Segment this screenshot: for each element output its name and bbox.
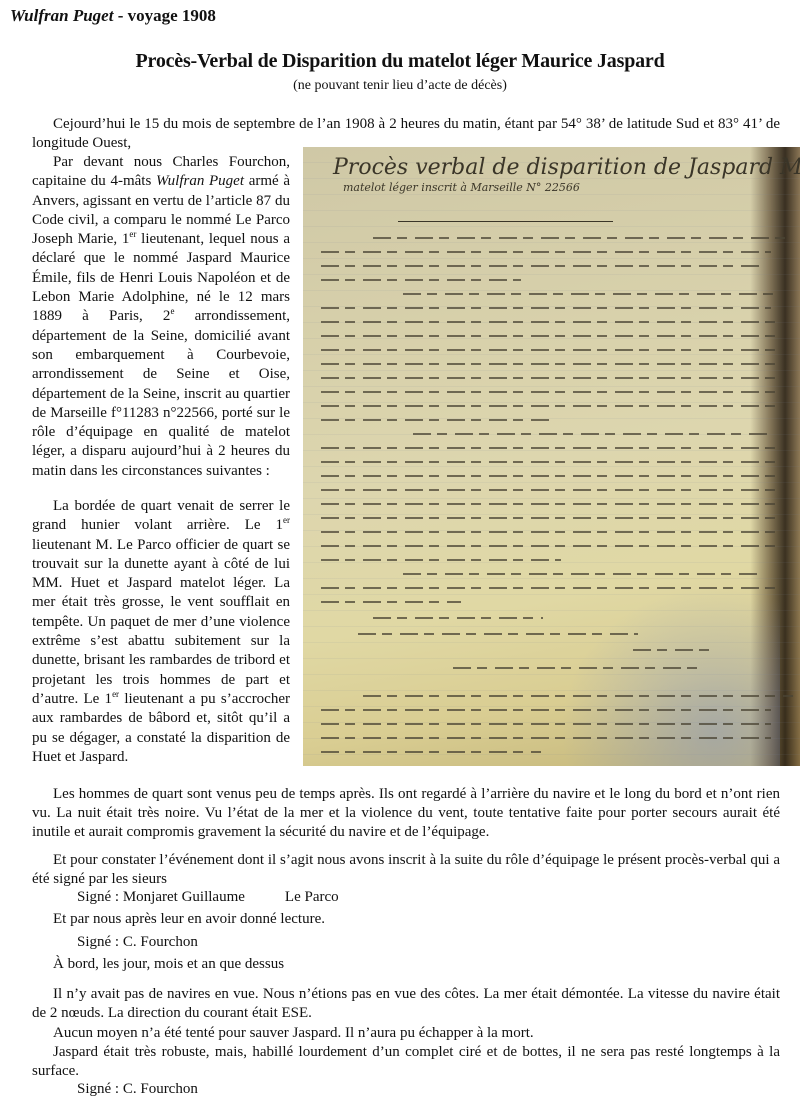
handwriting-line bbox=[321, 531, 776, 533]
circumstances-paragraph: La bordée de quart venait de serrer le g… bbox=[32, 497, 290, 767]
reading-line: Et par nous après leur en avoir donné le… bbox=[53, 911, 325, 928]
signature-monjaret: Monjaret Guillaume bbox=[123, 889, 245, 905]
manuscript-subtitle: matelot léger inscrit à Marseille N° 225… bbox=[343, 181, 580, 194]
handwriting-line bbox=[453, 667, 703, 669]
handwriting-line bbox=[321, 391, 776, 393]
handwriting-line bbox=[321, 307, 771, 309]
handwriting-line bbox=[321, 447, 776, 449]
handwriting-line bbox=[321, 251, 771, 253]
manuscript-rule bbox=[398, 221, 613, 222]
record-paragraph: Et pour constater l’événement dont il s’… bbox=[32, 851, 780, 889]
handwriting-line bbox=[321, 475, 776, 477]
page-header: Wulfran Puget - voyage 1908 bbox=[10, 6, 216, 26]
handwriting-line bbox=[321, 321, 776, 323]
manuscript-photo: Procès verbal de disparition de Jaspard … bbox=[303, 147, 800, 766]
handwriting-line bbox=[413, 433, 773, 435]
signature-mark bbox=[633, 649, 713, 651]
handwriting-line bbox=[321, 349, 776, 351]
signature-le-parco: Le Parco bbox=[285, 889, 339, 905]
aboard-line: À bord, les jour, mois et an que dessus bbox=[53, 956, 284, 973]
handwriting-line bbox=[321, 751, 541, 753]
handwriting-line bbox=[321, 545, 776, 547]
signature-line-captain: Signé : C. Fourchon bbox=[77, 934, 198, 951]
handwriting-line bbox=[403, 573, 763, 575]
handwriting-line bbox=[373, 237, 793, 239]
handwriting-line bbox=[321, 419, 551, 421]
signature-fourchon-final: C. Fourchon bbox=[123, 1081, 198, 1097]
handwriting-line bbox=[321, 559, 561, 561]
ship-name: Wulfran Puget bbox=[10, 6, 113, 25]
handwriting-line bbox=[321, 489, 776, 491]
handwriting-line bbox=[321, 709, 771, 711]
ship-name-inline: Wulfran Puget bbox=[156, 173, 244, 189]
handwriting-line bbox=[321, 279, 521, 281]
voyage-label: - voyage 1908 bbox=[113, 6, 215, 25]
handwriting-line bbox=[321, 265, 761, 267]
handwriting-line bbox=[321, 461, 776, 463]
handwriting-line bbox=[321, 517, 776, 519]
signature-line-final: Signé : C. Fourchon bbox=[77, 1081, 198, 1098]
handwriting-line bbox=[321, 363, 776, 365]
handwriting-line bbox=[321, 737, 771, 739]
handwriting-line bbox=[321, 335, 776, 337]
rescue-paragraph: Aucun moyen n’a été tenté pour sauver Ja… bbox=[32, 1024, 780, 1043]
manuscript-title: Procès verbal de disparition de Jaspard … bbox=[333, 155, 800, 180]
declaration-paragraph: Par devant nous Charles Fourchon, capita… bbox=[32, 153, 290, 481]
handwriting-line bbox=[321, 377, 776, 379]
handwriting-line bbox=[321, 587, 776, 589]
signature-mark bbox=[373, 617, 543, 619]
handwriting-line bbox=[321, 503, 776, 505]
document-title: Procès-Verbal de Disparition du matelot … bbox=[0, 50, 800, 73]
handwriting-line bbox=[358, 633, 638, 635]
handwriting-line bbox=[363, 695, 793, 697]
document-subtitle: (ne pouvant tenir lieu d’acte de décès) bbox=[0, 78, 800, 94]
conditions-paragraph: Il n’y avait pas de navires en vue. Nous… bbox=[32, 985, 780, 1023]
handwriting-line bbox=[321, 405, 776, 407]
search-paragraph: Les hommes de quart sont venus peu de te… bbox=[32, 785, 780, 842]
handwriting-line bbox=[321, 601, 461, 603]
conclusion-paragraph: Jaspard était très robuste, mais, habill… bbox=[32, 1043, 780, 1081]
handwriting-line bbox=[403, 293, 773, 295]
signature-fourchon: C. Fourchon bbox=[123, 934, 198, 950]
signature-line-witnesses: Signé : Monjaret GuillaumeLe Parco bbox=[77, 889, 339, 906]
handwriting-line bbox=[321, 723, 771, 725]
